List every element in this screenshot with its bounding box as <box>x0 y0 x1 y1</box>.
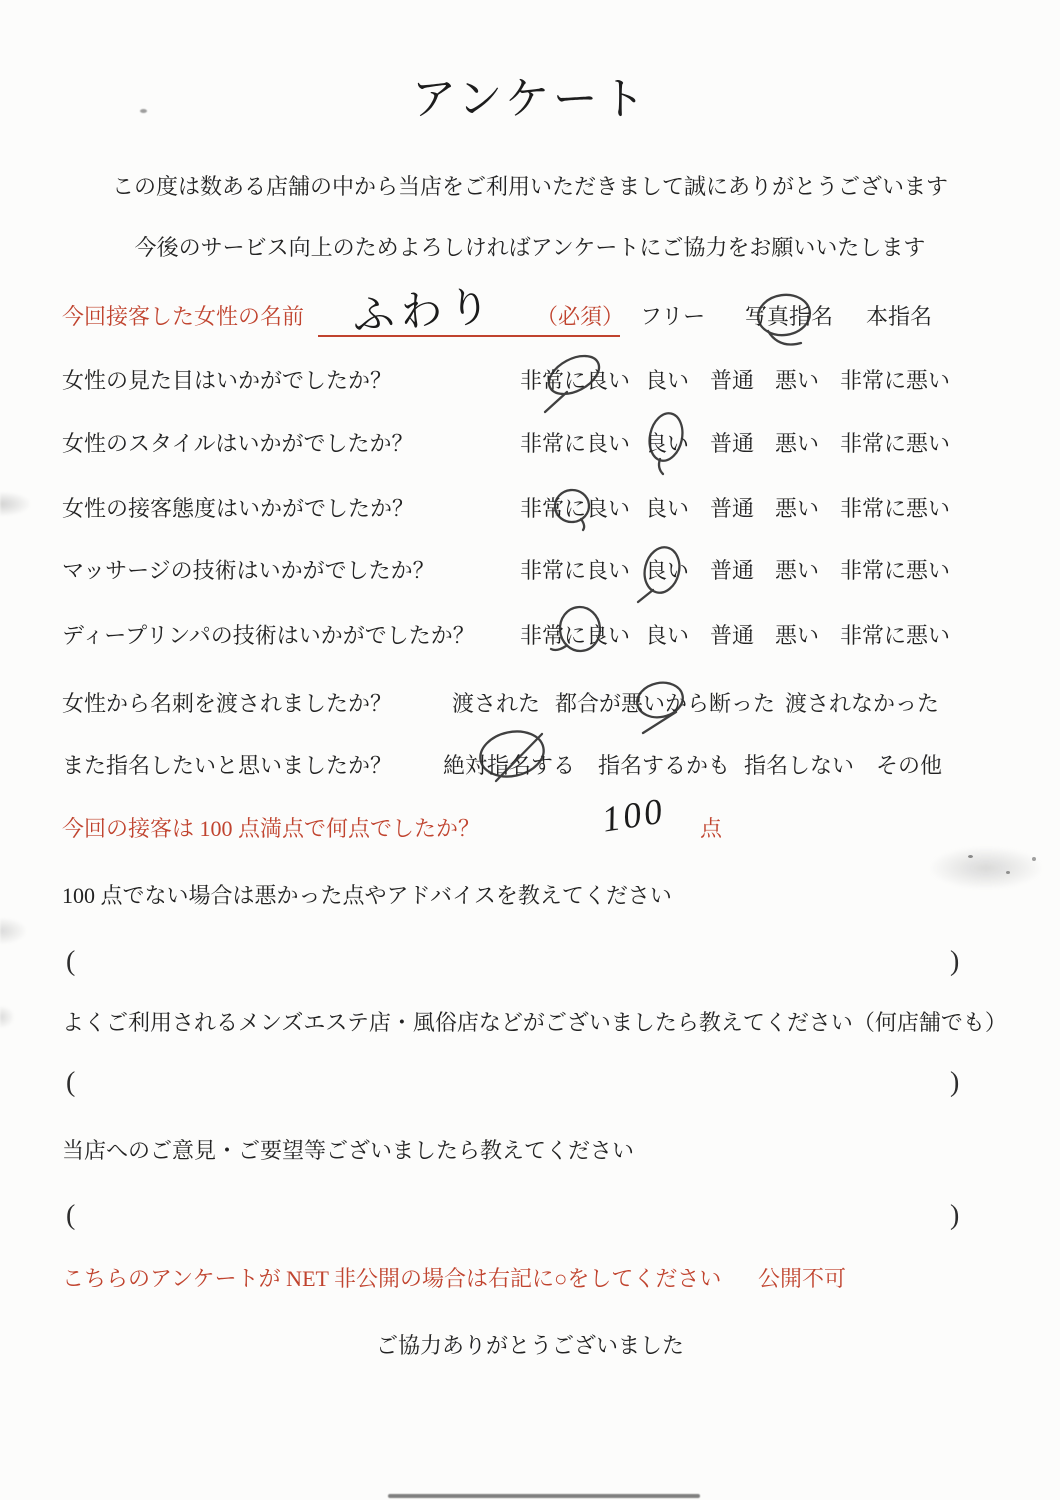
question-label: ディープリンパの技術はいかがでしたか？ <box>62 621 475 651</box>
rating-option-very-bad: 非常に悪い <box>840 621 950 651</box>
score-question-label: 今回の接客は 100 点満点で何点でしたか？ <box>62 814 480 844</box>
rating-option-very-bad: 非常に悪い <box>840 366 950 396</box>
scan-speck-right-2 <box>1006 871 1010 874</box>
question-label: 女性から名刺を渡されましたか？ <box>62 689 392 719</box>
rating-option-good: 良い <box>645 556 689 586</box>
question-label: 女性の接客態度はいかがでしたか？ <box>62 494 414 524</box>
scan-speck-right-3 <box>1032 857 1036 861</box>
open-paren: ( <box>66 1199 75 1233</box>
name-question-label: 今回接客した女性の名前 <box>62 302 304 332</box>
answer-line-3: ( ) <box>0 1199 1060 1231</box>
name-question-row: 今回接客した女性の名前 （必須） フリー 写真指名 本指名 <box>0 302 1060 334</box>
rating-option-normal: 普通 <box>710 556 754 586</box>
question-label: 100 点でない場合は悪かった点やアドバイスを教えてください <box>62 881 672 911</box>
rating-question-row-1: 女性の見た目はいかがでしたか？ 非常に良い 良い 普通 悪い 非常に悪い <box>0 366 1060 398</box>
open-paren: ( <box>66 1066 75 1100</box>
close-paren: ) <box>950 945 959 979</box>
handwritten-name: ふわり <box>350 273 498 343</box>
footer-thanks: ご協力ありがとうございました <box>0 1331 1060 1361</box>
rating-option-bad: 悪い <box>775 556 819 586</box>
rating-option-bad: 悪い <box>775 429 819 459</box>
rating-option-very-good: 非常に良い <box>520 366 630 396</box>
rating-option-normal: 普通 <box>710 429 754 459</box>
rating-option-good: 良い <box>645 621 689 651</box>
card-question-row: 女性から名刺を渡されましたか？ 渡された 都合が悪いから断った 渡されなかった <box>0 689 1060 721</box>
rating-option-good: 良い <box>645 366 689 396</box>
publish-option-no-publish: 公開不可 <box>758 1264 846 1294</box>
rating-option-normal: 普通 <box>710 494 754 524</box>
rating-option-normal: 普通 <box>710 621 754 651</box>
rating-option-very-good: 非常に良い <box>520 494 630 524</box>
rating-option-very-good: 非常に良い <box>520 621 630 651</box>
question-label: よくご利用されるメンズエステ店・風俗店などがございましたら教えてください（何店舗… <box>62 1008 1007 1038</box>
rating-option-bad: 悪い <box>775 366 819 396</box>
answer-line-1: ( ) <box>0 945 1060 977</box>
intro-line-2: 今後のサービス向上のためよろしければアンケートにご協力をお願いいたします <box>0 233 1060 263</box>
rating-question-row-5: ディープリンパの技術はいかがでしたか？ 非常に良い 良い 普通 悪い 非常に悪い <box>0 621 1060 653</box>
name-option-free: フリー <box>640 302 705 332</box>
publish-question-row: こちらのアンケートが NET 非公開の場合は右記に○をしてください 公開不可 <box>0 1264 1060 1296</box>
score-unit: 点 <box>700 814 722 844</box>
score-question-row: 今回の接客は 100 点満点で何点でしたか？ 点 <box>0 814 1060 846</box>
rating-question-row-4: マッサージの技術はいかがでしたか？ 非常に良い 良い 普通 悪い 非常に悪い <box>0 556 1060 588</box>
question-label: 当店へのご意見・ご要望等ございましたら教えてください <box>62 1136 634 1166</box>
required-badge: （必須） <box>536 302 624 332</box>
card-option-received: 渡された <box>452 689 540 719</box>
survey-sheet: アンケート この度は数ある店舗の中から当店をご利用いただきまして誠にありがとうご… <box>0 0 1060 1500</box>
open-question-row-3: 当店へのご意見・ご要望等ございましたら教えてください <box>0 1136 1060 1168</box>
open-question-row-1: 100 点でない場合は悪かった点やアドバイスを教えてください <box>0 881 1060 913</box>
rating-option-very-bad: 非常に悪い <box>840 556 950 586</box>
rating-question-row-2: 女性のスタイルはいかがでしたか？ 非常に良い 良い 普通 悪い 非常に悪い <box>0 429 1060 461</box>
repeat-option-maybe: 指名するかも <box>598 751 730 781</box>
answer-line-2: ( ) <box>0 1066 1060 1098</box>
repeat-option-no: 指名しない <box>744 751 854 781</box>
repeat-question-row: また指名したいと思いましたか？ 絶対指名する 指名するかも 指名しない その他 <box>0 751 1060 783</box>
close-paren: ) <box>950 1066 959 1100</box>
rating-option-very-good: 非常に良い <box>520 429 630 459</box>
rating-option-bad: 悪い <box>775 621 819 651</box>
publish-question-label: こちらのアンケートが NET 非公開の場合は右記に○をしてください <box>62 1264 721 1294</box>
rating-option-normal: 普通 <box>710 366 754 396</box>
page-title: アンケート <box>0 72 1060 126</box>
card-option-not-received: 渡されなかった <box>785 689 939 719</box>
rating-option-very-bad: 非常に悪い <box>840 429 950 459</box>
repeat-option-definitely: 絶対指名する <box>443 751 575 781</box>
rating-option-bad: 悪い <box>775 494 819 524</box>
intro-line-1: この度は数ある店舗の中から当店をご利用いただきまして誠にありがとうございます <box>0 172 1060 202</box>
rating-option-good: 良い <box>645 494 689 524</box>
open-paren: ( <box>66 945 75 979</box>
rating-option-very-good: 非常に良い <box>520 556 630 586</box>
scan-edge-bottom-line <box>388 1494 700 1498</box>
card-option-declined: 都合が悪いから断った <box>555 689 775 719</box>
question-label: 女性の見た目はいかがでしたか？ <box>62 366 392 396</box>
question-label: マッサージの技術はいかがでしたか？ <box>62 556 435 586</box>
rating-option-very-bad: 非常に悪い <box>840 494 950 524</box>
question-label: 女性のスタイルはいかがでしたか？ <box>62 429 414 459</box>
rating-question-row-3: 女性の接客態度はいかがでしたか？ 非常に良い 良い 普通 悪い 非常に悪い <box>0 494 1060 526</box>
question-label: また指名したいと思いましたか？ <box>62 751 392 781</box>
scan-speck-right-1 <box>968 855 973 858</box>
repeat-option-other: その他 <box>876 751 942 781</box>
scan-smudge-left-2 <box>0 918 26 944</box>
open-question-row-2: よくご利用されるメンズエステ店・風俗店などがございましたら教えてください（何店舗… <box>0 1008 1060 1040</box>
name-option-hon-shimei: 本指名 <box>866 302 932 332</box>
close-paren: ) <box>950 1199 959 1233</box>
rating-option-good: 良い <box>645 429 689 459</box>
name-option-photo-shimei: 写真指名 <box>745 302 833 332</box>
